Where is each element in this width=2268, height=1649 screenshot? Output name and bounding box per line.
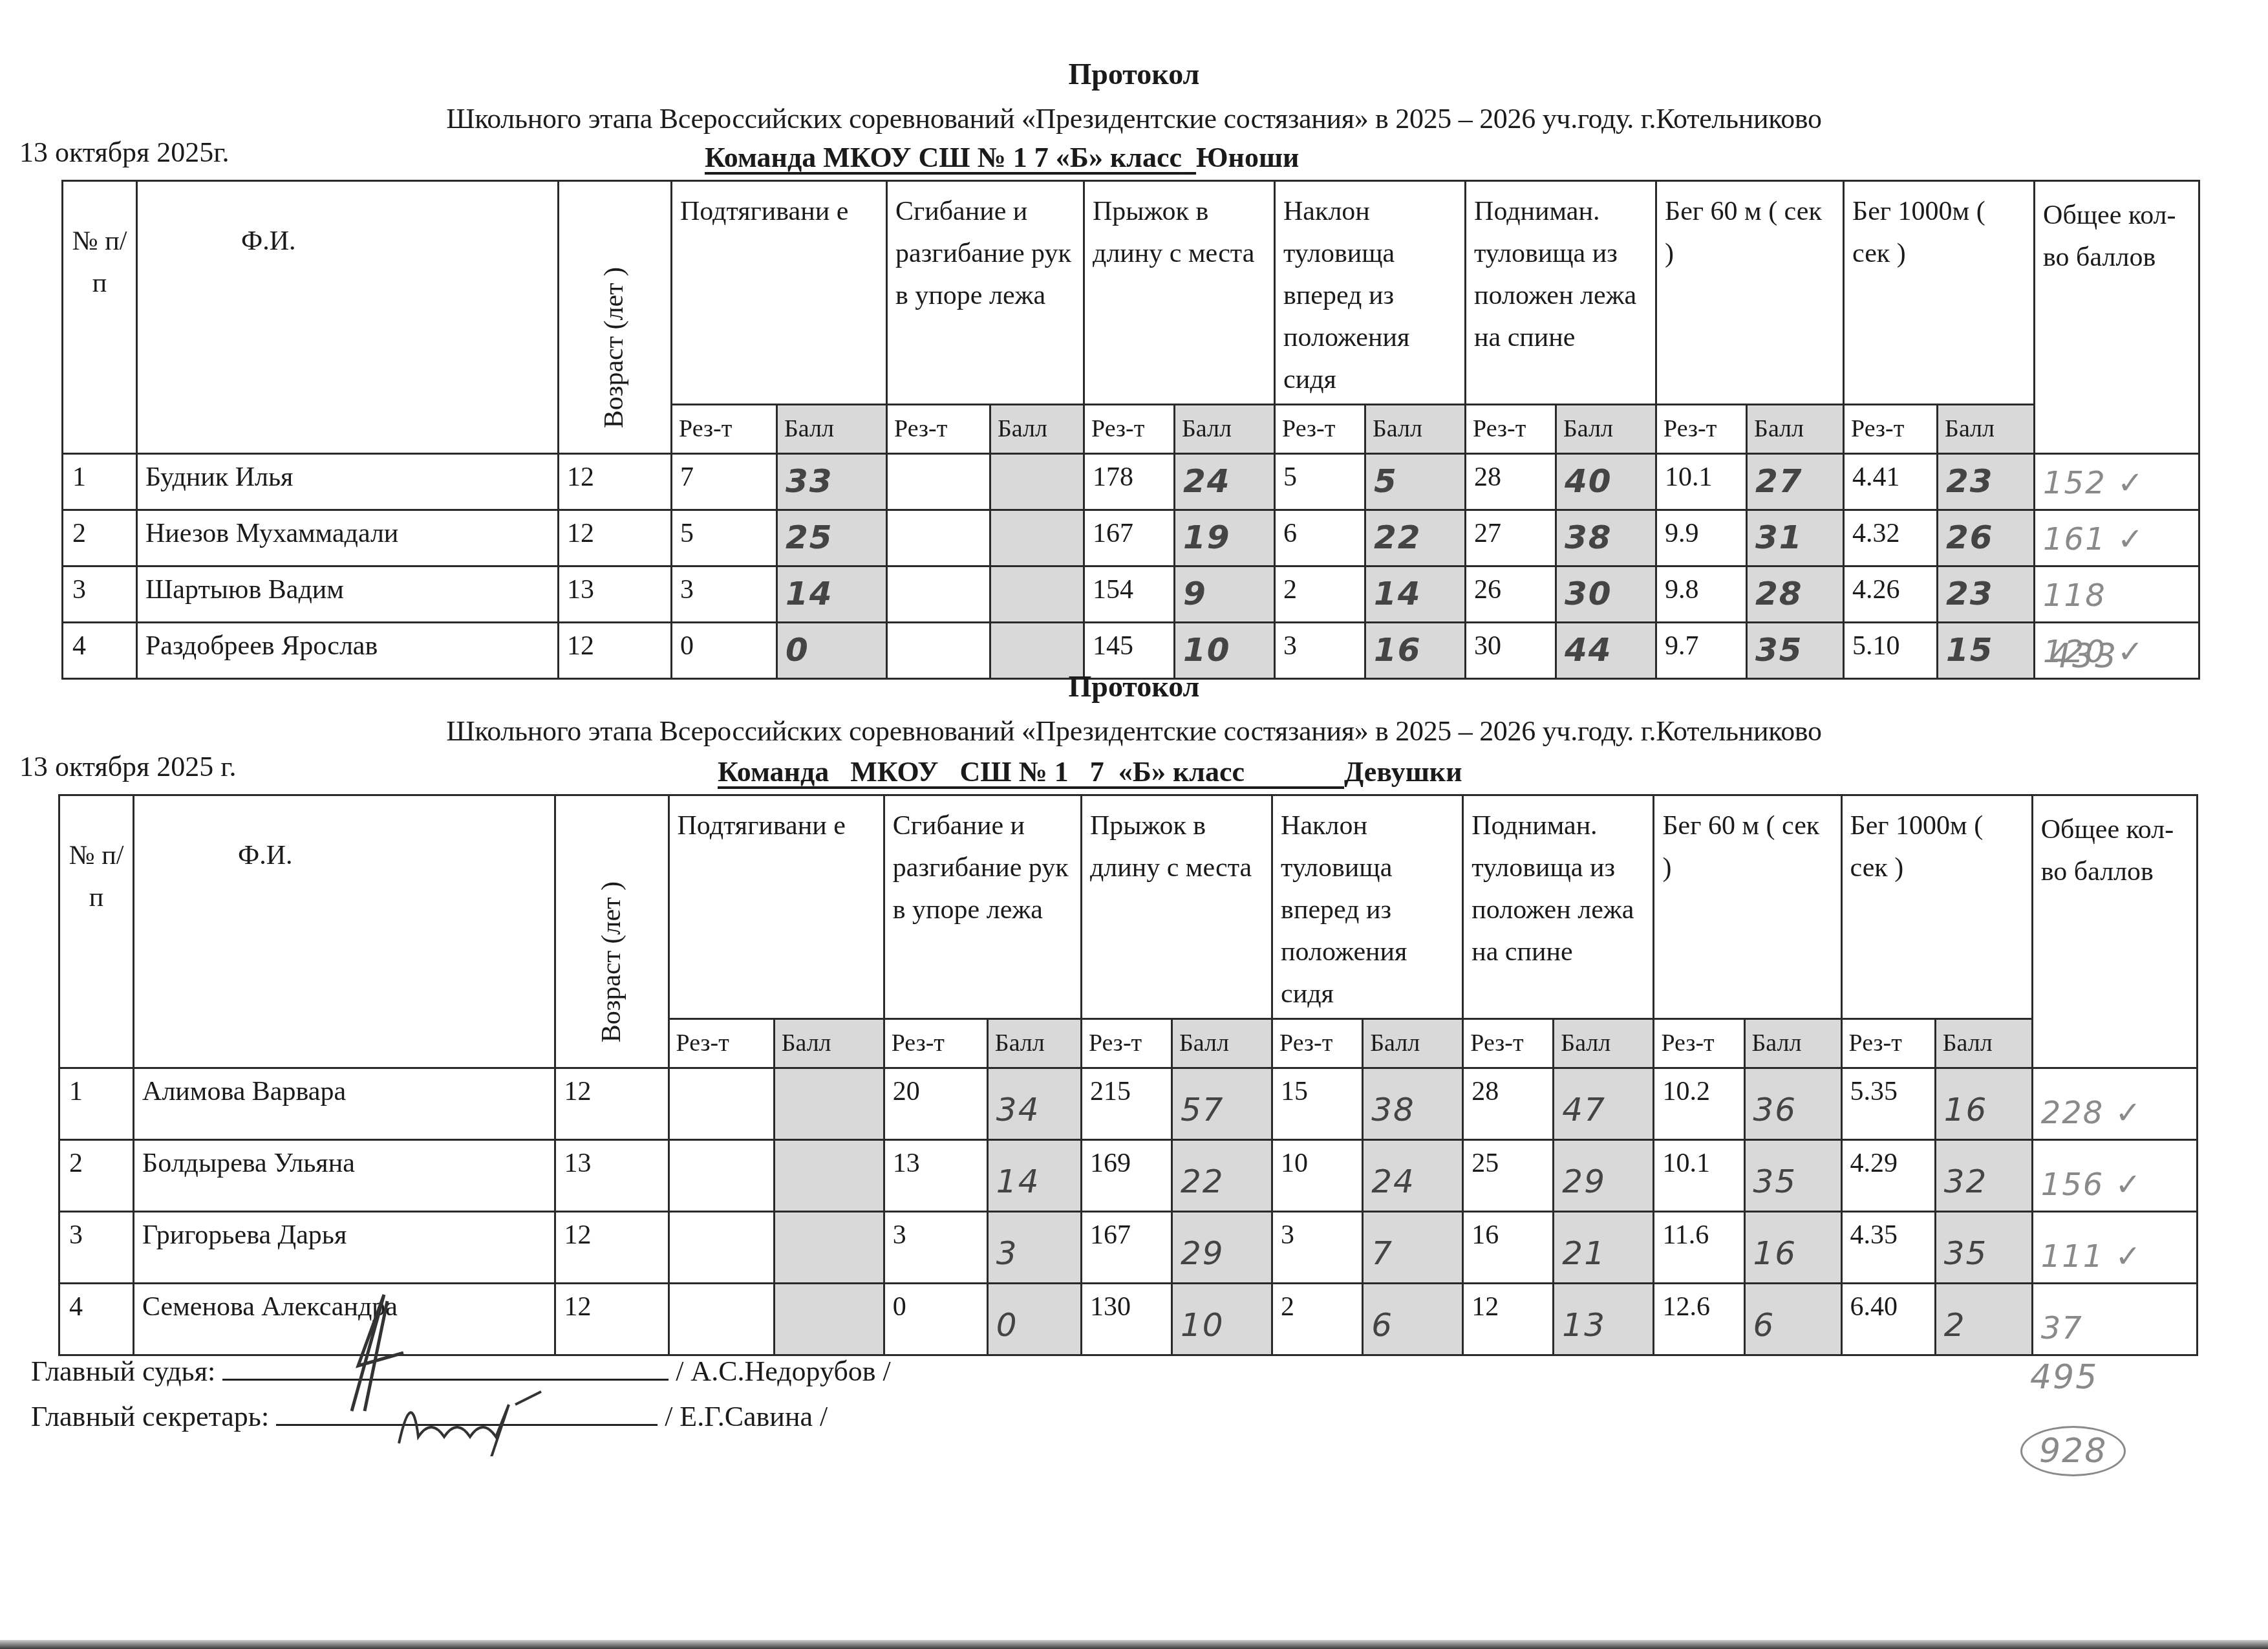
result-cell: 12 xyxy=(1463,1284,1554,1355)
result-cell xyxy=(887,454,990,510)
points-cell: 33 xyxy=(777,454,887,510)
col-header-event-4: Наклон туловища вперед из положения сидя xyxy=(1272,795,1463,1019)
points-cell: 22 xyxy=(1365,510,1466,566)
points-cell: 25 xyxy=(777,510,887,566)
points-value: 23 xyxy=(1946,575,1994,612)
points-value: 14 xyxy=(996,1158,1040,1206)
total-value: 111 ✓ xyxy=(2041,1233,2143,1280)
points-value: 13 xyxy=(1562,1301,1606,1350)
points-value: 34 xyxy=(996,1086,1040,1134)
points-value: 2 xyxy=(1944,1301,1966,1350)
subheader-result: Рез-т xyxy=(887,405,990,454)
table-row: 3Шартыюв Вадим13314154921426309.8284.262… xyxy=(63,566,2199,623)
col-header-event-2: Сгибание и разгибание рук в упоре лежа xyxy=(887,181,1084,405)
total-value: 118 xyxy=(2043,572,2106,619)
points-cell: 14 xyxy=(987,1140,1081,1212)
result-cell xyxy=(669,1140,774,1212)
points-value: 22 xyxy=(1181,1158,1225,1206)
col-header-name: Ф.И. xyxy=(137,181,559,454)
points-value: 33 xyxy=(786,462,833,500)
result-cell: 5.35 xyxy=(1841,1068,1935,1140)
judge-name: / А.С.Недорубов / xyxy=(676,1355,891,1387)
points-cell: 38 xyxy=(1556,510,1656,566)
participant-total: 152 ✓ xyxy=(2035,454,2199,510)
result-cell: 169 xyxy=(1081,1140,1171,1212)
col-header-age: Возраст (лет ) xyxy=(555,795,669,1068)
group-label-girls: Девушки xyxy=(1344,756,1462,788)
secretary-signature-scribble-icon xyxy=(386,1379,580,1456)
result-cell: 2 xyxy=(1275,566,1365,623)
participant-age: 13 xyxy=(559,566,672,623)
points-value: 40 xyxy=(1565,462,1612,500)
col-header-event-6: Бег 60 м ( сек ) xyxy=(1654,795,1841,1019)
result-cell: 13 xyxy=(884,1140,987,1212)
points-value: 6 xyxy=(1371,1301,1393,1350)
points-cell: 0 xyxy=(987,1284,1081,1355)
result-cell: 25 xyxy=(1463,1140,1554,1212)
participant-total: 161 ✓ xyxy=(2035,510,2199,566)
points-cell: 13 xyxy=(1554,1284,1654,1355)
participant-age: 12 xyxy=(555,1284,669,1355)
points-cell xyxy=(774,1284,884,1355)
points-cell: 14 xyxy=(1365,566,1466,623)
results-table-girls: № п/пФ.И.Возраст (лет )Подтягивани еСгиб… xyxy=(58,794,2198,1356)
result-cell: 3 xyxy=(1272,1212,1363,1284)
subheader-points: Балл xyxy=(1935,1019,2032,1068)
row-number: 3 xyxy=(63,566,137,623)
points-cell: 22 xyxy=(1171,1140,1272,1212)
protocol-date-girls: 13 октября 2025 г. xyxy=(19,750,236,783)
grand-total-value: 928 xyxy=(2020,1426,2126,1476)
col-header-event-1: Подтягивани е xyxy=(669,795,884,1019)
col-header-event-3: Прыжок в длину с места xyxy=(1081,795,1272,1019)
result-cell: 2 xyxy=(1272,1284,1363,1355)
subheader-points: Балл xyxy=(1938,405,2035,454)
points-cell xyxy=(774,1068,884,1140)
subheader-points: Балл xyxy=(777,405,887,454)
points-value: 35 xyxy=(1755,631,1803,669)
subheader-points: Балл xyxy=(774,1019,884,1068)
subheader-result: Рез-т xyxy=(1656,405,1747,454)
result-cell: 5 xyxy=(672,510,777,566)
points-value: 3 xyxy=(996,1229,1018,1278)
points-cell: 28 xyxy=(1747,566,1844,623)
points-value: 28 xyxy=(1755,575,1803,612)
points-cell: 31 xyxy=(1747,510,1844,566)
result-cell: 0 xyxy=(884,1284,987,1355)
scan-edge-divider xyxy=(0,1640,2268,1649)
points-cell: 30 xyxy=(1556,566,1656,623)
result-cell: 26 xyxy=(1466,566,1556,623)
table-row: 3Григорьева Дарья12331672937162111.6164.… xyxy=(59,1212,2198,1284)
table-row: 2Ниезов Мухаммадали125251671962227389.93… xyxy=(63,510,2199,566)
points-value: 35 xyxy=(1753,1158,1797,1206)
row-number: 2 xyxy=(63,510,137,566)
team-total-girls: 495 xyxy=(2030,1358,2098,1397)
result-cell: 7 xyxy=(672,454,777,510)
result-cell: 10.1 xyxy=(1656,454,1747,510)
subheader-points: Балл xyxy=(1365,405,1466,454)
result-cell: 10 xyxy=(1272,1140,1363,1212)
table-row: 1Будник Илья127331782455284010.1274.4123… xyxy=(63,454,2199,510)
points-cell: 26 xyxy=(1938,510,2035,566)
secretary-signature xyxy=(276,1424,658,1426)
result-cell: 11.6 xyxy=(1654,1212,1744,1284)
col-header-event-1: Подтягивани е xyxy=(672,181,887,405)
result-cell: 4.35 xyxy=(1841,1212,1935,1284)
subheader-result: Рез-т xyxy=(1081,1019,1171,1068)
points-value: 9 xyxy=(1183,575,1207,612)
row-number: 1 xyxy=(63,454,137,510)
points-value: 14 xyxy=(786,575,833,612)
total-value: 152 ✓ xyxy=(2043,460,2145,506)
result-cell: 28 xyxy=(1463,1068,1554,1140)
result-cell: 167 xyxy=(1084,510,1175,566)
participant-name: Будник Илья xyxy=(137,454,559,510)
team-line-boys: Команда МКОУ СШ № 1 7 «Б» класс Юноши xyxy=(705,141,1299,174)
points-cell: 47 xyxy=(1554,1068,1654,1140)
result-cell xyxy=(669,1068,774,1140)
points-value: 25 xyxy=(786,519,833,556)
subheader-points: Балл xyxy=(1747,405,1844,454)
result-cell: 9.9 xyxy=(1656,510,1747,566)
result-cell: 15 xyxy=(1272,1068,1363,1140)
table-row: 1Алимова Варвара122034215571538284710.23… xyxy=(59,1068,2198,1140)
participant-total: 156 ✓ xyxy=(2032,1140,2197,1212)
col-header-name: Ф.И. xyxy=(134,795,555,1068)
points-cell xyxy=(990,454,1084,510)
points-cell: 5 xyxy=(1365,454,1466,510)
result-cell: 10.2 xyxy=(1654,1068,1744,1140)
result-cell: 3 xyxy=(884,1212,987,1284)
points-value: 32 xyxy=(1944,1158,1988,1206)
col-header-number: № п/п xyxy=(59,795,134,1068)
result-cell xyxy=(669,1212,774,1284)
subheader-points: Балл xyxy=(987,1019,1081,1068)
result-cell: 154 xyxy=(1084,566,1175,623)
points-value: 21 xyxy=(1562,1229,1606,1278)
col-header-total: Общее кол-во баллов xyxy=(2035,181,2199,454)
participant-name: Ниезов Мухаммадали xyxy=(137,510,559,566)
result-cell: 20 xyxy=(884,1068,987,1140)
points-cell: 16 xyxy=(1744,1212,1841,1284)
points-cell: 9 xyxy=(1175,566,1275,623)
result-cell: 16 xyxy=(1463,1212,1554,1284)
points-value: 57 xyxy=(1181,1086,1225,1134)
points-cell: 40 xyxy=(1556,454,1656,510)
points-cell: 19 xyxy=(1175,510,1275,566)
points-cell: 23 xyxy=(1938,566,2035,623)
result-cell: 28 xyxy=(1466,454,1556,510)
result-cell: 5 xyxy=(1275,454,1365,510)
subheader-points: Балл xyxy=(1744,1019,1841,1068)
result-cell: 27 xyxy=(1466,510,1556,566)
result-cell: 3 xyxy=(672,566,777,623)
subheader-result: Рез-т xyxy=(1272,1019,1363,1068)
points-value: 16 xyxy=(1753,1229,1797,1278)
points-cell: 23 xyxy=(1938,454,2035,510)
result-cell: 12.6 xyxy=(1654,1284,1744,1355)
points-cell xyxy=(774,1140,884,1212)
points-cell: 35 xyxy=(1744,1140,1841,1212)
points-value: 16 xyxy=(1944,1086,1988,1134)
points-value: 16 xyxy=(1374,631,1422,669)
protocol-subtitle-girls: Школьного этапа Всероссийских соревнован… xyxy=(0,715,2268,748)
subheader-points: Балл xyxy=(1171,1019,1272,1068)
points-cell: 6 xyxy=(1744,1284,1841,1355)
total-value: 228 ✓ xyxy=(2041,1090,2143,1136)
subheader-result: Рез-т xyxy=(669,1019,774,1068)
total-value: 156 ✓ xyxy=(2041,1161,2143,1208)
subheader-points: Балл xyxy=(1554,1019,1654,1068)
result-cell: 10.1 xyxy=(1654,1140,1744,1212)
points-value: 0 xyxy=(996,1301,1018,1350)
result-cell: 215 xyxy=(1081,1068,1171,1140)
col-header-age: Возраст (лет ) xyxy=(559,181,672,454)
participant-total: 118 xyxy=(2035,566,2199,623)
result-cell: 6 xyxy=(1275,510,1365,566)
row-number: 2 xyxy=(59,1140,134,1212)
points-cell: 36 xyxy=(1744,1068,1841,1140)
points-value: 15 xyxy=(1946,631,1994,669)
group-label-boys: Юноши xyxy=(1196,142,1299,173)
points-value: 38 xyxy=(1371,1086,1415,1134)
col-header-event-6: Бег 60 м ( сек ) xyxy=(1656,181,1844,405)
protocol-date-boys: 13 октября 2025г. xyxy=(19,136,229,169)
points-value: 35 xyxy=(1944,1229,1988,1278)
points-cell: 27 xyxy=(1747,454,1844,510)
team-name-boys: Команда МКОУ СШ № 1 7 «Б» класс xyxy=(705,142,1182,173)
total-value: 37 xyxy=(2041,1305,2083,1352)
points-value: 31 xyxy=(1755,519,1803,556)
participant-age: 12 xyxy=(559,510,672,566)
points-value: 10 xyxy=(1181,1301,1225,1350)
points-value: 36 xyxy=(1753,1086,1797,1134)
points-value: 22 xyxy=(1374,519,1422,556)
points-value: 24 xyxy=(1371,1158,1415,1206)
results-table-boys: № п/пФ.И.Возраст (лет )Подтягивани еСгиб… xyxy=(61,180,2200,680)
result-cell: 4.26 xyxy=(1844,566,1938,623)
col-header-total: Общее кол-во баллов xyxy=(2032,795,2197,1068)
points-value: 29 xyxy=(1562,1158,1606,1206)
points-cell: 7 xyxy=(1363,1212,1463,1284)
points-cell: 29 xyxy=(1171,1212,1272,1284)
subheader-result: Рез-т xyxy=(884,1019,987,1068)
result-cell: 4.41 xyxy=(1844,454,1938,510)
col-header-age-label: Возраст (лет ) xyxy=(594,267,636,428)
col-header-event-5: Подниман. туловища из положен лежа на сп… xyxy=(1463,795,1654,1019)
points-value: 7 xyxy=(1371,1229,1393,1278)
subheader-result: Рез-т xyxy=(1275,405,1365,454)
points-cell xyxy=(990,566,1084,623)
team-name-girls: Команда МКОУ СШ № 1 7 «Б» класс xyxy=(718,756,1344,788)
team-line-girls: Команда МКОУ СШ № 1 7 «Б» класс Девушки xyxy=(718,755,1462,788)
protocol-title-boys: Протокол xyxy=(0,57,2268,91)
col-header-event-3: Прыжок в длину с места xyxy=(1084,181,1275,405)
points-cell: 32 xyxy=(1935,1140,2032,1212)
points-cell: 38 xyxy=(1363,1068,1463,1140)
points-value: 38 xyxy=(1565,519,1612,556)
total-value: 161 ✓ xyxy=(2043,516,2145,563)
points-cell: 35 xyxy=(1935,1212,2032,1284)
points-cell: 57 xyxy=(1171,1068,1272,1140)
subheader-points: Балл xyxy=(1175,405,1275,454)
points-value: 24 xyxy=(1183,462,1231,500)
points-cell: 24 xyxy=(1175,454,1275,510)
row-number: 1 xyxy=(59,1068,134,1140)
result-cell: 167 xyxy=(1081,1212,1171,1284)
protocol-subtitle-boys: Школьного этапа Всероссийских соревнован… xyxy=(0,102,2268,135)
result-cell xyxy=(887,566,990,623)
grand-total: 928 xyxy=(2020,1426,2126,1476)
participant-name: Алимова Варвара xyxy=(134,1068,555,1140)
points-cell xyxy=(990,510,1084,566)
col-header-event-5: Подниман. туловища из положен лежа на сп… xyxy=(1466,181,1656,405)
points-value: 47 xyxy=(1562,1086,1606,1134)
participant-total: 111 ✓ xyxy=(2032,1212,2197,1284)
result-cell xyxy=(887,510,990,566)
protocol-title-girls: Протокол xyxy=(0,669,2268,704)
result-cell: 178 xyxy=(1084,454,1175,510)
col-header-event-4: Наклон туловища вперед из положения сидя xyxy=(1275,181,1466,405)
points-value: 27 xyxy=(1755,462,1803,500)
participant-name: Болдырева Ульяна xyxy=(134,1140,555,1212)
row-number: 3 xyxy=(59,1212,134,1284)
result-cell: 4.32 xyxy=(1844,510,1938,566)
subheader-points: Балл xyxy=(1363,1019,1463,1068)
participant-name: Григорьева Дарья xyxy=(134,1212,555,1284)
participant-age: 12 xyxy=(559,454,672,510)
subheader-result: Рез-т xyxy=(1654,1019,1744,1068)
points-cell: 14 xyxy=(777,566,887,623)
points-value: 0 xyxy=(786,631,809,669)
participant-total: 228 ✓ xyxy=(2032,1068,2197,1140)
subheader-result: Рез-т xyxy=(1844,405,1938,454)
points-value: 30 xyxy=(1565,575,1612,612)
subheader-points: Балл xyxy=(990,405,1084,454)
participant-age: 12 xyxy=(555,1212,669,1284)
judge-label: Главный судья: xyxy=(31,1355,215,1387)
col-header-age-label: Возраст (лет ) xyxy=(591,881,633,1042)
points-value: 44 xyxy=(1565,631,1612,669)
points-value: 23 xyxy=(1946,462,1994,500)
points-cell xyxy=(774,1212,884,1284)
points-cell: 21 xyxy=(1554,1212,1654,1284)
participant-age: 12 xyxy=(555,1068,669,1140)
col-header-number: № п/п xyxy=(63,181,137,454)
points-value: 19 xyxy=(1183,519,1231,556)
points-value: 26 xyxy=(1946,519,1994,556)
subheader-result: Рез-т xyxy=(672,405,777,454)
result-cell: 130 xyxy=(1081,1284,1171,1355)
points-value: 29 xyxy=(1181,1229,1225,1278)
participant-age: 13 xyxy=(555,1140,669,1212)
points-cell: 24 xyxy=(1363,1140,1463,1212)
result-cell xyxy=(669,1284,774,1355)
secretary-label: Главный секретарь: xyxy=(31,1401,269,1432)
points-cell: 2 xyxy=(1935,1284,2032,1355)
col-header-event-7: Бег 1000м ( сек ) xyxy=(1844,181,2035,405)
subheader-result: Рез-т xyxy=(1466,405,1556,454)
points-cell: 6 xyxy=(1363,1284,1463,1355)
points-cell: 29 xyxy=(1554,1140,1654,1212)
points-value: 5 xyxy=(1374,462,1398,500)
points-value: 6 xyxy=(1753,1301,1775,1350)
col-header-event-2: Сгибание и разгибание рук в упоре лежа xyxy=(884,795,1081,1019)
secretary-name: / Е.Г.Савина / xyxy=(665,1401,828,1432)
points-cell: 16 xyxy=(1935,1068,2032,1140)
subheader-result: Рез-т xyxy=(1841,1019,1935,1068)
result-cell: 4.29 xyxy=(1841,1140,1935,1212)
subheader-result: Рез-т xyxy=(1463,1019,1554,1068)
participant-total: 37 xyxy=(2032,1284,2197,1355)
secretary-signature-line: Главный секретарь: / Е.Г.Савина / xyxy=(31,1400,828,1433)
subheader-points: Балл xyxy=(1556,405,1656,454)
subheader-result: Рез-т xyxy=(1084,405,1175,454)
participant-name: Шартыюв Вадим xyxy=(137,566,559,623)
result-cell: 6.40 xyxy=(1841,1284,1935,1355)
points-value: 10 xyxy=(1183,631,1231,669)
points-cell: 3 xyxy=(987,1212,1081,1284)
row-number: 4 xyxy=(59,1284,134,1355)
points-cell: 10 xyxy=(1171,1284,1272,1355)
result-cell: 9.8 xyxy=(1656,566,1747,623)
table-row: 2Болдырева Ульяна131314169221024252910.1… xyxy=(59,1140,2198,1212)
points-cell: 34 xyxy=(987,1068,1081,1140)
points-value: 14 xyxy=(1374,575,1422,612)
col-header-event-7: Бег 1000м ( сек ) xyxy=(1841,795,2032,1019)
